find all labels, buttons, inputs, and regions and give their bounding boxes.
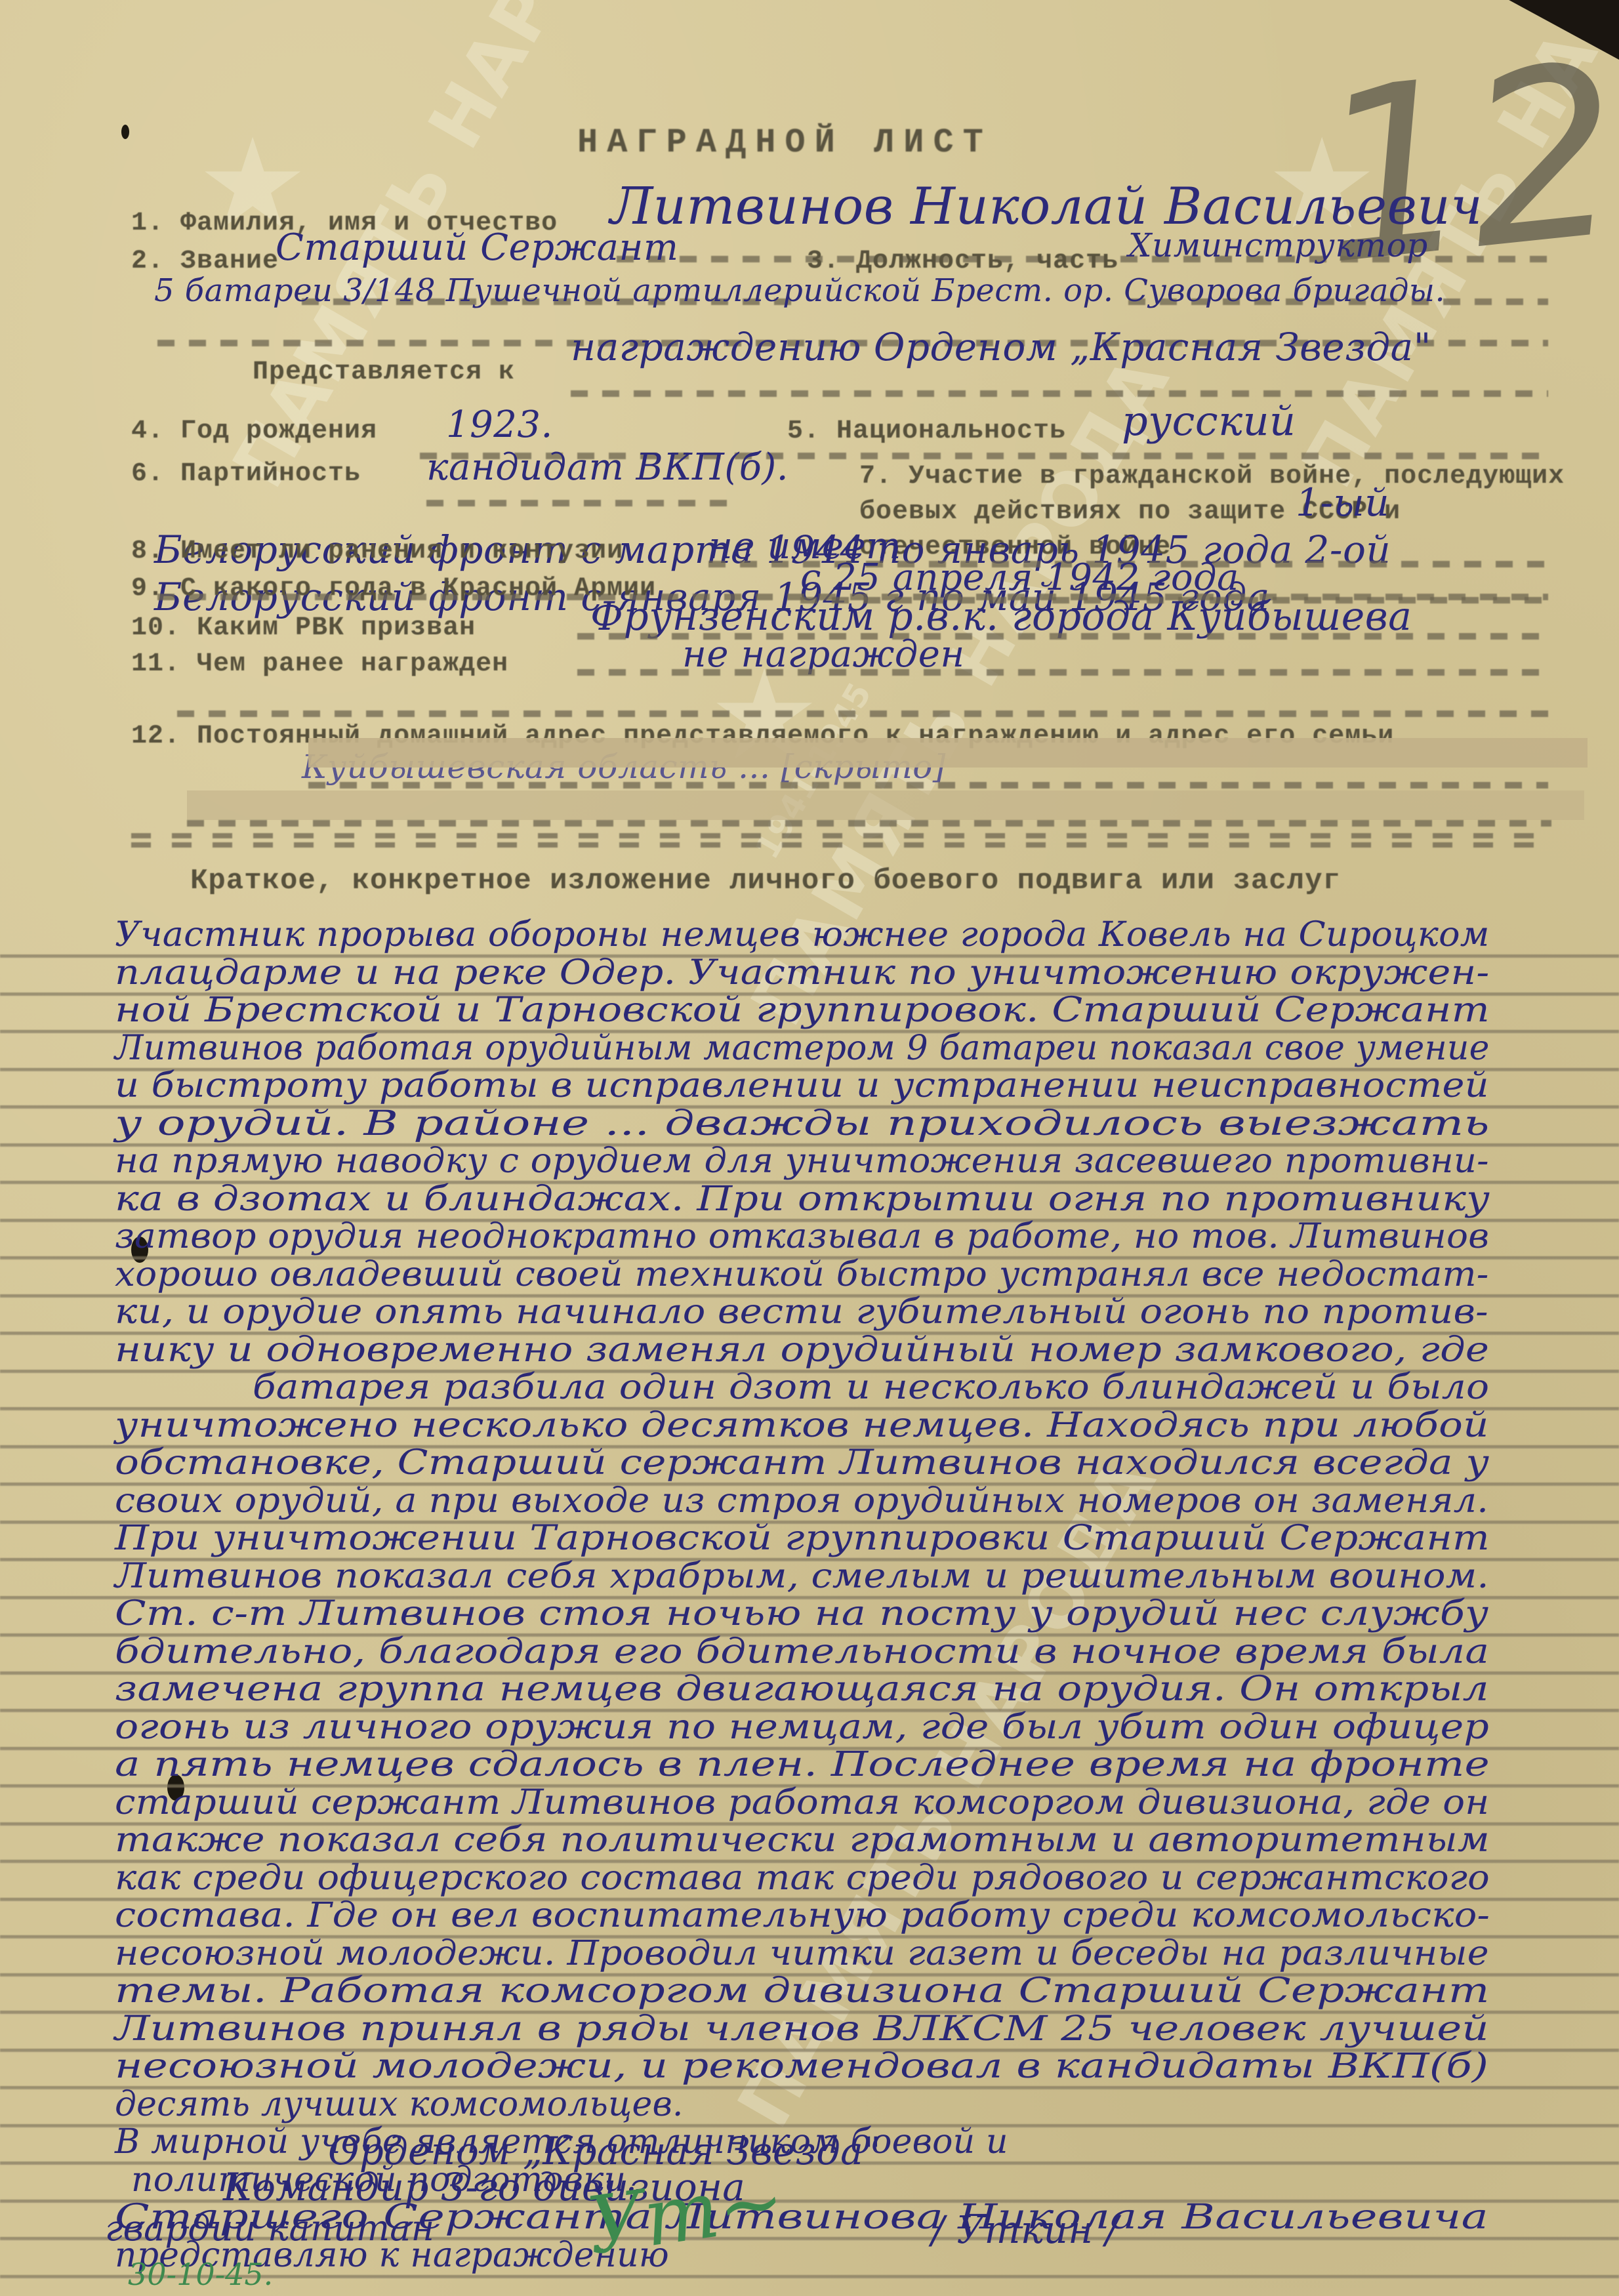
- narrative-line: ка в дзотах и блиндажах. При открытии ог…: [115, 1179, 1490, 1219]
- narrative-line: своих орудий, а при выходе из строя оруд…: [115, 1481, 1488, 1521]
- narrative-line: и быстроту работы в исправлении и устран…: [115, 1066, 1489, 1105]
- field-value-award: награждению Орденом „Красная Звезда": [571, 325, 1431, 369]
- dash-line: [577, 669, 1548, 676]
- field-value-nationality: русский: [1122, 397, 1296, 445]
- narrative-line: плацдарме и на реке Одер. Участник по ун…: [115, 953, 1489, 993]
- redaction-bar: [187, 790, 1584, 820]
- field-value-army-since: с 25 апреля 1942 года: [800, 556, 1239, 599]
- signature-rank: гвардии капитан: [105, 2207, 434, 2249]
- dash-line: [187, 820, 1551, 827]
- field-value-unit: 5 батареи 3/148 Пушечной артиллерийской …: [154, 272, 1445, 309]
- narrative-line: огонь из личного оружия по немцам, где б…: [115, 1708, 1489, 1747]
- narrative-line: а пять немцев сдалось в плен. Последнее …: [115, 1745, 1490, 1784]
- narrative-line: затвор орудия неоднократно отказывал в р…: [115, 1217, 1489, 1256]
- narrative-line: ной Брестской и Тарновской группировок. …: [115, 991, 1490, 1030]
- field-label-wounds: 8. Имеет ли ранения и контузии: [131, 537, 623, 566]
- signature-name: / Уткин /: [932, 2207, 1118, 2252]
- narrative-line: у орудий. В районе ... дважды приходилос…: [115, 1104, 1490, 1143]
- narrative-line: хорошо овладевший своей техникой быстро …: [115, 1255, 1489, 1294]
- narrative-line: на прямую наводку с орудием для уничтоже…: [115, 1141, 1489, 1181]
- field-label-army-since: 9. С какого года в Красной Армии: [131, 574, 656, 604]
- narrative-line: несоюзной молодежи. Проводил читки газет…: [115, 1934, 1489, 1973]
- narrative-line: Участник прорыва обороны немцев южнее го…: [115, 915, 1490, 954]
- field-value-rank: Старший Сержант: [276, 226, 679, 269]
- narrative-line: Ст. с-т Литвинов стоя ночью на посту у о…: [115, 1594, 1488, 1633]
- page-title: НАГРАДНОЙ ЛИСТ: [577, 123, 993, 162]
- field-label-birth-year: 4. Год рождения: [131, 417, 377, 446]
- narrative-line: нику и одновременно заменял орудийный но…: [115, 1330, 1489, 1370]
- narrative-line: Литвинов принял в ряды членов ВЛКСМ 25 ч…: [115, 2009, 1489, 2049]
- narrative-line: темы. Работая комсоргом дивизиона Старши…: [115, 1971, 1490, 2011]
- field-value-position: Химинструктор: [1128, 226, 1428, 264]
- archive-number: 120: [1305, 0, 1619, 318]
- narrative-line: ки, и орудие опять начинало вести губите…: [115, 1292, 1488, 1332]
- field-label-nominated: Представляется к: [253, 358, 515, 387]
- field-value-birth-year: 1923.: [446, 403, 553, 446]
- narrative-line: также показал себя политически грамотным…: [115, 1820, 1490, 1860]
- punch-hole: [121, 125, 129, 139]
- double-dash-line: [131, 833, 1548, 848]
- dash-line: [308, 782, 1548, 789]
- narrative-line: батарея разбила один дзот и несколько бл…: [253, 1368, 1489, 1407]
- section-heading: Краткое, конкретное изложение личного бо…: [190, 865, 1341, 897]
- field-label-prior-awards: 11. Чем ранее награжден: [131, 649, 508, 679]
- award-sheet: ★ ★ ★ ПАМЯТЬ НАРОДА ПАМЯТЬ НАРОДА ПАМЯТЬ…: [0, 0, 1619, 2296]
- dash-line: [571, 390, 1548, 397]
- narrative-line: десять лучших комсомольцев.: [115, 2085, 684, 2124]
- field-label-nationality: 5. Национальность: [787, 417, 1066, 446]
- narrative-line: уничтожено несколько десятков немцев. На…: [115, 1406, 1489, 1445]
- narrative-line: замечена группа немцев двигающаяся на ор…: [115, 1670, 1489, 1709]
- narrative-line: состава. Где он вел воспитательную работ…: [115, 1896, 1490, 1935]
- narrative-line: При уничтожении Тарновской группировки С…: [115, 1519, 1490, 1558]
- field-label-conscripted: 10. Каким РВК призван: [131, 613, 476, 643]
- narrative-line: Литвинов работая орудийным мастером 9 ба…: [115, 1029, 1490, 1068]
- narrative-line: обстановке, Старший сержант Литвинов нах…: [115, 1443, 1489, 1483]
- narrative-line: бдительно, благодаря его бдительности в …: [115, 1632, 1489, 1671]
- narrative-line: старший сержант Литвинов работая комсорг…: [115, 1783, 1489, 1822]
- narrative-line: как среди офицерского состава так среди …: [115, 1858, 1490, 1898]
- redaction-bar: [308, 738, 1588, 768]
- signature-date: 30-10-45.: [128, 2257, 273, 2292]
- narrative-line: несоюзной молодежи, и рекомендовал в кан…: [115, 2047, 1488, 2086]
- narrative-line: Литвинов показал себя храбрым, смелым и …: [115, 1557, 1489, 1596]
